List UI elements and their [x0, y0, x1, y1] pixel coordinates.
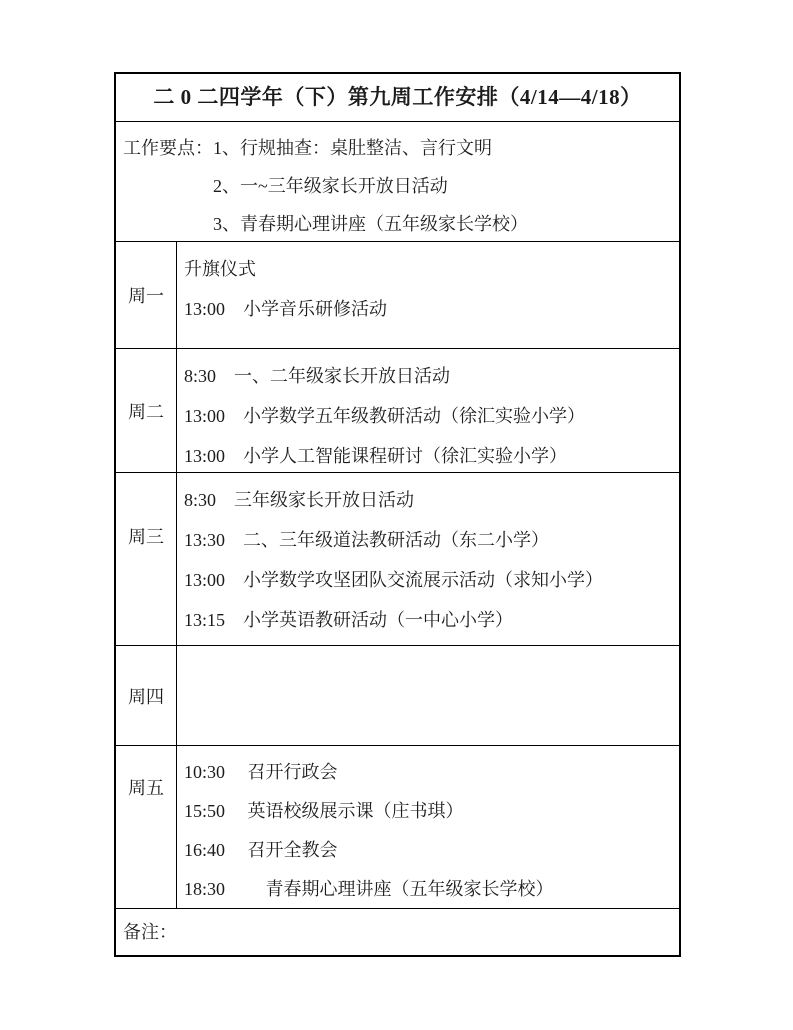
document-title: 二 0 二四学年（下）第九周工作安排（4/14—4/18） — [116, 74, 679, 121]
key-points-row: 工作要点：1、行规抽查：桌肚整洁、言行文明 2、一~三年级家长开放日活动 3、青… — [116, 121, 679, 241]
schedule-entry: 10:30 召开行政会 — [184, 753, 673, 792]
schedule-entry: 13:00 小学音乐研修活动 — [184, 289, 673, 329]
schedule-entry: 15:50 英语校级展示课（庄书琪） — [184, 792, 673, 831]
monday-content-cell: 升旗仪式 13:00 小学音乐研修活动 — [177, 242, 679, 348]
thursday-label-cell: 周四 — [116, 646, 177, 745]
key-points-item-3: 3、青春期心理讲座（五年级家长学校） — [213, 205, 673, 243]
remark-row: 备注： — [116, 908, 679, 955]
monday-label-cell: 周一 — [116, 242, 177, 348]
key-points-item-2: 2、一~三年级家长开放日活动 — [213, 167, 673, 205]
thursday-content-cell — [177, 646, 679, 745]
schedule-entry: 8:30 一、二年级家长开放日活动 — [184, 356, 673, 396]
tuesday-content-cell: 8:30 一、二年级家长开放日活动 13:00 小学数学五年级教研活动（徐汇实验… — [177, 349, 679, 472]
friday-content-cell: 10:30 召开行政会 15:50 英语校级展示课（庄书琪） 16:40 召开全… — [177, 746, 679, 908]
schedule-entry: 16:40 召开全教会 — [184, 831, 673, 870]
day-label-wednesday: 周三 — [128, 523, 164, 549]
key-points-cell: 工作要点：1、行规抽查：桌肚整洁、言行文明 2、一~三年级家长开放日活动 3、青… — [116, 122, 679, 241]
key-points-line-1: 工作要点：1、行规抽查：桌肚整洁、言行文明 — [123, 129, 673, 167]
weekly-schedule-table: 二 0 二四学年（下）第九周工作安排（4/14—4/18） 工作要点：1、行规抽… — [114, 72, 681, 957]
schedule-entry: 13:00 小学数学五年级教研活动（徐汇实验小学） — [184, 396, 673, 436]
schedule-entry: 8:30 三年级家长开放日活动 — [184, 480, 673, 520]
thursday-row: 周四 — [116, 645, 679, 745]
wednesday-row: 周三 8:30 三年级家长开放日活动 13:30 二、三年级道法教研活动（东二小… — [116, 472, 679, 645]
remark-label: 备注： — [116, 909, 679, 955]
schedule-entry: 13:30 二、三年级道法教研活动（东二小学） — [184, 520, 673, 560]
schedule-entry: 13:00 小学数学攻坚团队交流展示活动（求知小学） — [184, 560, 673, 600]
schedule-entry: 18:30 青春期心理讲座（五年级家长学校） — [184, 870, 673, 909]
friday-label-cell: 周五 — [116, 746, 177, 908]
monday-row: 周一 升旗仪式 13:00 小学音乐研修活动 — [116, 241, 679, 348]
schedule-entry: 升旗仪式 — [184, 249, 673, 289]
key-points-label: 工作要点： — [123, 138, 213, 158]
day-label-friday: 周五 — [128, 774, 164, 800]
schedule-entry: 13:00 小学人工智能课程研讨（徐汇实验小学） — [184, 436, 673, 476]
friday-row: 周五 10:30 召开行政会 15:50 英语校级展示课（庄书琪） 16:40 … — [116, 745, 679, 908]
schedule-entry: 13:15 小学英语教研活动（一中心小学） — [184, 600, 673, 640]
day-label-monday: 周一 — [128, 282, 164, 308]
day-label-tuesday: 周二 — [128, 398, 164, 424]
tuesday-label-cell: 周二 — [116, 349, 177, 472]
key-points-item-1: 1、行规抽查：桌肚整洁、言行文明 — [213, 138, 492, 158]
wednesday-content-cell: 8:30 三年级家长开放日活动 13:30 二、三年级道法教研活动（东二小学） … — [177, 473, 679, 645]
title-row: 二 0 二四学年（下）第九周工作安排（4/14—4/18） — [116, 74, 679, 121]
tuesday-row: 周二 8:30 一、二年级家长开放日活动 13:00 小学数学五年级教研活动（徐… — [116, 348, 679, 472]
day-label-thursday: 周四 — [128, 683, 164, 709]
wednesday-label-cell: 周三 — [116, 473, 177, 645]
